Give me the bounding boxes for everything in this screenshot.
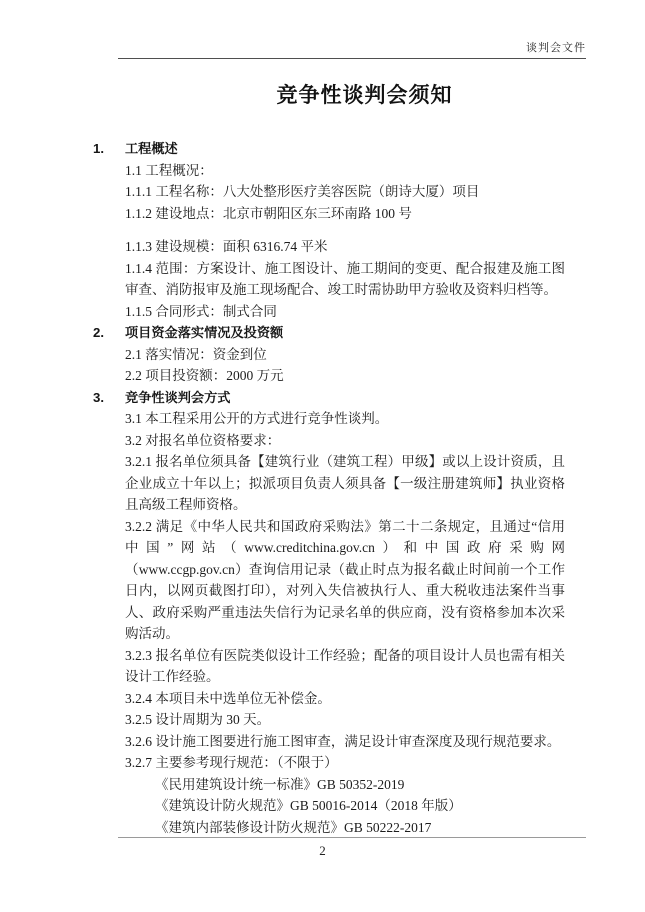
para-1-1: 1.1 工程概况： xyxy=(125,160,565,182)
para-1-1-2: 1.1.2 建设地点：北京市朝阳区东三环南路 100 号 xyxy=(125,203,565,225)
para-3-2-4: 3.2.4 本项目未中选单位无补偿金。 xyxy=(125,688,565,710)
para-3-2: 3.2 对报名单位资格要求： xyxy=(125,430,565,452)
section-1-heading: 1. 工程概述 xyxy=(93,138,605,160)
ref-standard-1: 《民用建筑设计统一标准》GB 50352-2019 xyxy=(155,774,605,796)
section-2-heading: 2. 项目资金落实情况及投资额 xyxy=(93,322,605,344)
section-2-title: 项目资金落实情况及投资额 xyxy=(125,322,283,344)
ref-standard-3: 《建筑内部装修设计防火规范》GB 50222-2017 xyxy=(155,817,605,839)
para-1-1-1: 1.1.1 工程名称：八大处整形医疗美容医院（朗诗大厦）项目 xyxy=(125,181,565,203)
document-body: 1. 工程概述 1.1 工程概况： 1.1.1 工程名称：八大处整形医疗美容医院… xyxy=(93,138,605,838)
page-header: 谈判会文件 xyxy=(118,0,586,59)
page-number: 2 xyxy=(0,843,645,859)
para-3-2-1: 3.2.1 报名单位须具备【建筑行业（建筑工程）甲级】或以上设计资质，且企业成立… xyxy=(125,451,565,516)
para-3-2-3: 3.2.3 报名单位有医院类似设计工作经验；配备的项目设计人员也需有相关设计工作… xyxy=(125,645,565,688)
footer-rule xyxy=(118,837,586,838)
section-1-number: 1. xyxy=(93,138,125,160)
section-3-heading: 3. 竞争性谈判会方式 xyxy=(93,387,605,409)
para-3-2-5: 3.2.5 设计周期为 30 天。 xyxy=(125,709,565,731)
para-3-2-2: 3.2.2 满足《中华人民共和国政府采购法》第二十二条规定，且通过“信用中国”网… xyxy=(125,516,565,645)
para-1-1-5: 1.1.5 合同形式：制式合同 xyxy=(125,301,565,323)
para-3-2-7: 3.2.7 主要参考现行规范：（不限于） xyxy=(125,752,565,774)
section-3-title: 竞争性谈判会方式 xyxy=(125,387,231,409)
para-1-1-4: 1.1.4 范围：方案设计、施工图设计、施工期间的变更、配合报建及施工图审查、消… xyxy=(125,258,565,301)
para-2-2: 2.2 项目投资额：2000 万元 xyxy=(125,365,565,387)
section-3-number: 3. xyxy=(93,387,125,409)
section-2-number: 2. xyxy=(93,322,125,344)
ref-standard-2: 《建筑设计防火规范》GB 50016-2014（2018 年版） xyxy=(155,795,605,817)
para-2-1: 2.1 落实情况：资金到位 xyxy=(125,344,565,366)
header-label: 谈判会文件 xyxy=(526,39,586,55)
para-3-2-6: 3.2.6 设计施工图要进行施工图审查，满足设计审查深度及现行规范要求。 xyxy=(125,731,565,753)
document-title: 竞争性谈判会须知 xyxy=(146,81,583,110)
section-1-title: 工程概述 xyxy=(125,138,178,160)
document-page: 谈判会文件 竞争性谈判会须知 1. 工程概述 1.1 工程概况： 1.1.1 工… xyxy=(0,0,645,912)
para-1-1-3: 1.1.3 建设规模：面积 6316.74 平米 xyxy=(125,236,565,258)
para-3-1: 3.1 本工程采用公开的方式进行竞争性谈判。 xyxy=(125,408,565,430)
